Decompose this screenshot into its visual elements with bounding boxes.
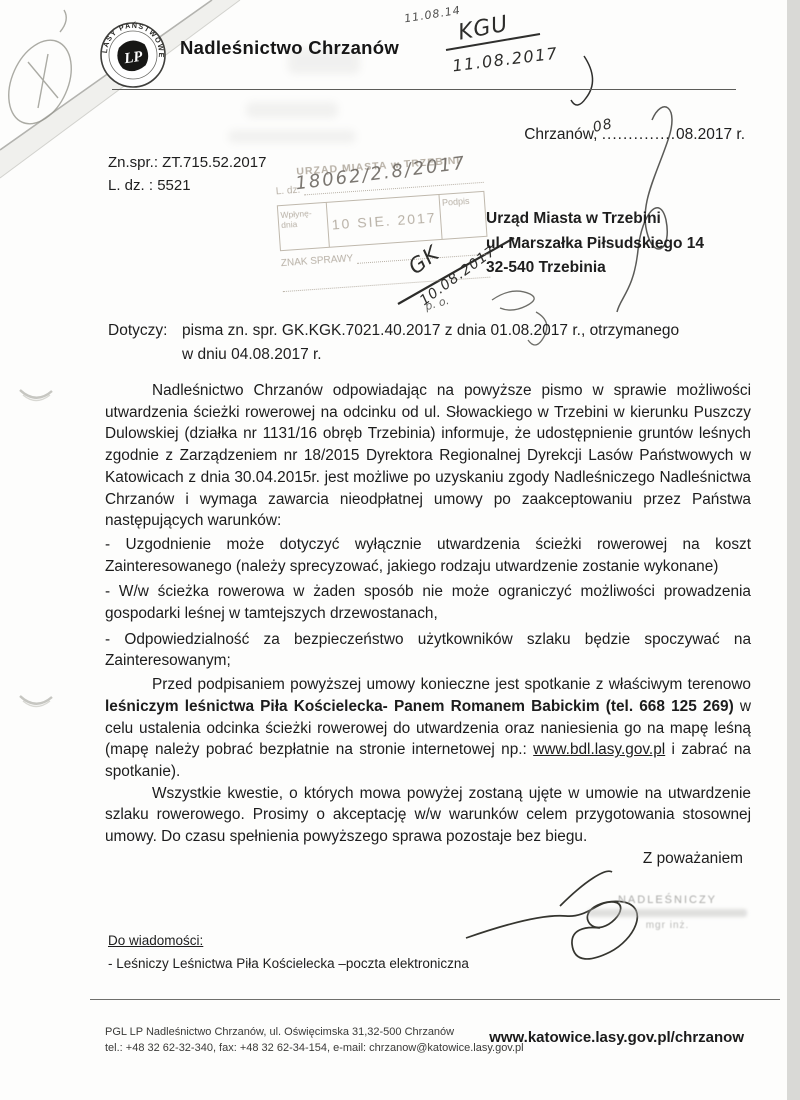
dateline-rest: 08.2017 r. xyxy=(676,126,745,143)
bullet-2: - W/w ścieżka rowerowa w żaden sposób ni… xyxy=(105,581,751,624)
dateline-city: Chrzanów, xyxy=(524,126,597,143)
stamp-signature-label: Podpis xyxy=(438,192,486,239)
letter-body: Nadleśnictwo Chrzanów odpowiadając na po… xyxy=(105,380,751,869)
bleedthrough-mark xyxy=(228,130,356,143)
recipient-name: Urząd Miasta w Trzebini xyxy=(486,207,704,232)
subject-block: Dotyczy: pisma zn. spr. GK.KGK.7021.40.2… xyxy=(108,319,768,367)
binder-crescent xyxy=(20,390,52,707)
stamp-case-label: ZNAK SPRAWY xyxy=(281,253,354,269)
header-rule xyxy=(112,89,736,90)
cc-item: - Leśniczy Leśnictwa Piła Kościelecka –p… xyxy=(108,952,469,975)
footer-contact: PGL LP Nadleśnictwo Chrzanów, ul. Oświęc… xyxy=(105,1024,524,1056)
cc-heading: Do wiadomości: xyxy=(108,929,469,952)
reference-numbers: Zn.spr.: ZT.715.52.2017 L. dz. : 5521 xyxy=(108,151,266,197)
case-number: Zn.spr.: ZT.715.52.2017 xyxy=(108,151,266,174)
recipient-address: Urząd Miasta w Trzebini ul. Marszałka Pi… xyxy=(486,207,704,281)
bdl-url: www.bdl.lasy.gov.pl xyxy=(533,741,665,758)
stamp-illegible-line xyxy=(588,909,747,917)
stamp-title: NADLEŚNICZY xyxy=(580,894,755,906)
footer-phones: tel.: +48 32 62-32-340, fax: +48 32 62-3… xyxy=(105,1040,524,1056)
svg-text:LP: LP xyxy=(122,49,144,68)
paragraph-1: Nadleśnictwo Chrzanów odpowiadając na po… xyxy=(105,380,751,532)
nadlesniczy-stamp: NADLEŚNICZY mgr inż. xyxy=(580,894,755,931)
scan-edge-shadow xyxy=(787,0,800,1100)
subject-label: Dotyczy: xyxy=(108,319,182,367)
scanned-letter-page: LASY PAŃSTWOWE LP Nadleśnictwo Chrzanów … xyxy=(0,0,800,1100)
bleedthrough-mark xyxy=(246,102,338,118)
paragraph-3: Wszystkie kwestie, o których mowa powyże… xyxy=(105,783,751,848)
recipient-street: ul. Marszałka Piłsudskiego 14 xyxy=(486,232,704,257)
org-name: Nadleśnictwo Chrzanów xyxy=(180,37,399,59)
stamp-received-date: 10 SIE. 2017 xyxy=(328,209,441,233)
handwritten-date-top: 11.08.2017 xyxy=(451,44,559,76)
bullet-1: - Uzgodnienie może dotyczyć wyłącznie ut… xyxy=(105,534,751,577)
dateline: Chrzanów, ..............08.2017 r. xyxy=(524,126,745,144)
bullet-3: - Odpowiedzialność za bezpieczeństwo uży… xyxy=(105,629,751,672)
handwritten-initials: KGU xyxy=(456,11,510,45)
forester-contact-bold: leśniczym leśnictwa Piła Kościelecka- Pa… xyxy=(105,698,734,715)
stamp-degree: mgr inż. xyxy=(580,920,755,931)
stamp-date-box: Wpłynę- dnia 10 SIE. 2017 Podpis xyxy=(277,191,488,251)
corner-scribble xyxy=(0,10,83,134)
closing-phrase: Z poważaniem xyxy=(105,848,751,870)
handwritten-note-small: 11.08.14 xyxy=(403,4,461,26)
recipient-city: 32-540 Trzebinia xyxy=(486,256,704,281)
subject-text: pisma zn. spr. GK.KGK.7021.40.2017 z dni… xyxy=(182,319,679,367)
lasy-panstwowe-logo: LASY PAŃSTWOWE LP xyxy=(99,21,167,94)
journal-number: L. dz. : 5521 xyxy=(108,174,266,197)
cc-block: Do wiadomości: - Leśniczy Leśnictwa Piła… xyxy=(108,929,469,975)
footer-address: PGL LP Nadleśnictwo Chrzanów, ul. Oświęc… xyxy=(105,1024,524,1040)
footer-website: www.katowice.lasy.gov.pl/chrzanow xyxy=(489,1029,744,1046)
paragraph-2: Przed podpisaniem powyższej umowy koniec… xyxy=(105,674,751,783)
footer-rule xyxy=(90,999,780,1000)
